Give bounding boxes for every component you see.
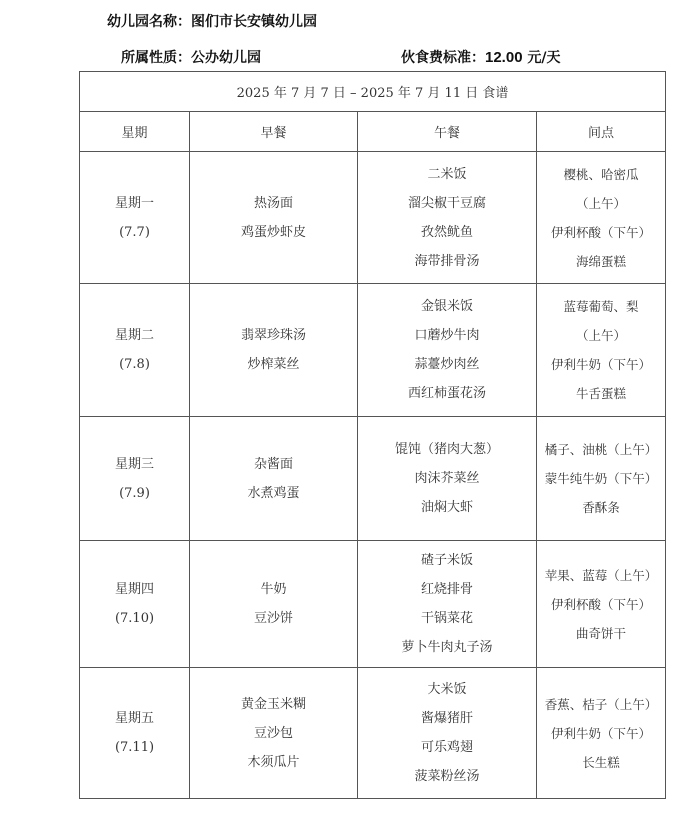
lunch-item: 金银米饭	[358, 292, 536, 321]
snack-item: 香酥条	[537, 493, 665, 522]
weekday-date: (7.10)	[80, 604, 189, 633]
table-row: 星期四 (7.10) 牛奶 豆沙饼 碴子米饭 红烧排骨 干锅菜花 萝卜牛肉丸子汤…	[80, 541, 666, 668]
snack-item: 伊利杯酸（下午）	[537, 590, 665, 619]
weekday-cell: 星期一 (7.7)	[80, 152, 190, 284]
weekday-date: (7.9)	[80, 479, 189, 508]
weekly-menu-table: 2025 年 7 月 7 日 – 2025 年 7 月 11 日 食谱 星期 早…	[79, 71, 666, 799]
column-header-breakfast: 早餐	[190, 112, 358, 152]
table-row: 星期五 (7.11) 黄金玉米糊 豆沙包 木须瓜片 大米饭 酱爆猪肝 可乐鸡翅 …	[80, 668, 666, 799]
weekday-cell: 星期四 (7.10)	[80, 541, 190, 668]
lunch-item: 菠菜粉丝汤	[358, 762, 536, 791]
lunch-item: 蒜薹炒肉丝	[358, 350, 536, 379]
weekday-label: 星期一	[80, 189, 189, 218]
snack-item: 伊利牛奶（下午）	[537, 350, 665, 379]
kindergarten-name-line: 幼儿园名称：图们市长安镇幼儿园	[107, 11, 317, 31]
lunch-item: 红烧排骨	[358, 575, 536, 604]
lunch-item: 海带排骨汤	[358, 247, 536, 276]
breakfast-cell: 黄金玉米糊 豆沙包 木须瓜片	[190, 668, 358, 799]
snack-item: 伊利杯酸（下午）	[537, 218, 665, 247]
weekday-label: 星期二	[80, 321, 189, 350]
meal-fee-amount: 12.00	[485, 49, 523, 66]
breakfast-item: 杂酱面	[190, 450, 357, 479]
lunch-item: 肉沫芥菜丝	[358, 464, 536, 493]
kindergarten-name-value: 图们市长安镇幼儿园	[191, 14, 317, 30]
snack-cell: 苹果、蓝莓（上午） 伊利杯酸（下午） 曲奇饼干	[537, 541, 666, 668]
snack-cell: 樱桃、哈密瓜 （上午） 伊利杯酸（下午） 海绵蛋糕	[537, 152, 666, 284]
kindergarten-nature-line: 所属性质：公办幼儿园	[121, 47, 261, 67]
lunch-item: 馄饨（猪肉大葱）	[358, 435, 536, 464]
weekday-label: 星期五	[80, 704, 189, 733]
column-header-weekday: 星期	[80, 112, 190, 152]
weekday-cell: 星期三 (7.9)	[80, 417, 190, 541]
snack-item: 伊利牛奶（下午）	[537, 719, 665, 748]
column-header-lunch: 午餐	[358, 112, 537, 152]
weekday-label: 星期三	[80, 450, 189, 479]
column-header-row: 星期 早餐 午餐 间点	[80, 112, 666, 152]
lunch-item: 大米饭	[358, 675, 536, 704]
lunch-item: 可乐鸡翅	[358, 733, 536, 762]
nature-label: 所属性质：	[121, 50, 191, 66]
lunch-item: 干锅菜花	[358, 604, 536, 633]
lunch-cell: 二米饭 溜尖椒干豆腐 孜然鱿鱼 海带排骨汤	[358, 152, 537, 284]
snack-cell: 蓝莓葡萄、梨 （上午） 伊利牛奶（下午） 牛舌蛋糕	[537, 284, 666, 417]
lunch-item: 碴子米饭	[358, 546, 536, 575]
menu-title-row: 2025 年 7 月 7 日 – 2025 年 7 月 11 日 食谱	[80, 72, 666, 112]
lunch-item: 萝卜牛肉丸子汤	[358, 633, 536, 662]
lunch-item: 孜然鱿鱼	[358, 218, 536, 247]
snack-item: 长生糕	[537, 748, 665, 777]
snack-item: 蒙牛纯牛奶（下午）	[537, 464, 665, 493]
snack-item: 香蕉、桔子（上午）	[537, 690, 665, 719]
table-row: 星期三 (7.9) 杂酱面 水煮鸡蛋 馄饨（猪肉大葱） 肉沫芥菜丝 油焖大虾 橘…	[80, 417, 666, 541]
lunch-cell: 馄饨（猪肉大葱） 肉沫芥菜丝 油焖大虾	[358, 417, 537, 541]
snack-cell: 橘子、油桃（上午） 蒙牛纯牛奶（下午） 香酥条	[537, 417, 666, 541]
breakfast-item: 豆沙包	[190, 719, 357, 748]
breakfast-item: 水煮鸡蛋	[190, 479, 357, 508]
snack-item: 橘子、油桃（上午）	[537, 435, 665, 464]
breakfast-item: 牛奶	[190, 575, 357, 604]
lunch-cell: 碴子米饭 红烧排骨 干锅菜花 萝卜牛肉丸子汤	[358, 541, 537, 668]
weekday-date: (7.11)	[80, 733, 189, 762]
column-header-snack: 间点	[537, 112, 666, 152]
lunch-item: 油焖大虾	[358, 493, 536, 522]
snack-item: 曲奇饼干	[537, 619, 665, 648]
breakfast-item: 木须瓜片	[190, 748, 357, 777]
snack-item: （上午）	[537, 321, 665, 350]
lunch-cell: 大米饭 酱爆猪肝 可乐鸡翅 菠菜粉丝汤	[358, 668, 537, 799]
weekday-cell: 星期五 (7.11)	[80, 668, 190, 799]
snack-item: （上午）	[537, 189, 665, 218]
breakfast-item: 豆沙饼	[190, 604, 357, 633]
lunch-item: 酱爆猪肝	[358, 704, 536, 733]
weekday-label: 星期四	[80, 575, 189, 604]
kindergarten-name-label: 幼儿园名称：	[107, 14, 191, 30]
weekday-cell: 星期二 (7.8)	[80, 284, 190, 417]
breakfast-item: 黄金玉米糊	[190, 690, 357, 719]
lunch-item: 溜尖椒干豆腐	[358, 189, 536, 218]
table-row: 星期二 (7.8) 翡翠珍珠汤 炒榨菜丝 金银米饭 口蘑炒牛肉 蒜薹炒肉丝 西红…	[80, 284, 666, 417]
table-row: 星期一 (7.7) 热汤面 鸡蛋炒虾皮 二米饭 溜尖椒干豆腐 孜然鱿鱼 海带排骨…	[80, 152, 666, 284]
snack-item: 海绵蛋糕	[537, 247, 665, 276]
breakfast-item: 翡翠珍珠汤	[190, 321, 357, 350]
weekday-date: (7.7)	[80, 218, 189, 247]
weekday-date: (7.8)	[80, 350, 189, 379]
meal-fee-unit: 元/天	[523, 50, 561, 66]
meal-fee-label: 伙食费标准：	[401, 50, 485, 66]
snack-item: 樱桃、哈密瓜	[537, 160, 665, 189]
nature-value: 公办幼儿园	[191, 50, 261, 66]
snack-item: 蓝莓葡萄、梨	[537, 292, 665, 321]
snack-item: 牛舌蛋糕	[537, 379, 665, 408]
breakfast-item: 鸡蛋炒虾皮	[190, 218, 357, 247]
breakfast-item: 炒榨菜丝	[190, 350, 357, 379]
breakfast-cell: 热汤面 鸡蛋炒虾皮	[190, 152, 358, 284]
breakfast-item: 热汤面	[190, 189, 357, 218]
lunch-item: 二米饭	[358, 160, 536, 189]
snack-item: 苹果、蓝莓（上午）	[537, 561, 665, 590]
snack-cell: 香蕉、桔子（上午） 伊利牛奶（下午） 长生糕	[537, 668, 666, 799]
breakfast-cell: 牛奶 豆沙饼	[190, 541, 358, 668]
lunch-item: 西红柿蛋花汤	[358, 379, 536, 408]
breakfast-cell: 杂酱面 水煮鸡蛋	[190, 417, 358, 541]
lunch-item: 口蘑炒牛肉	[358, 321, 536, 350]
breakfast-cell: 翡翠珍珠汤 炒榨菜丝	[190, 284, 358, 417]
menu-title: 2025 年 7 月 7 日 – 2025 年 7 月 11 日 食谱	[80, 72, 666, 112]
meal-fee-line: 伙食费标准：12.00 元/天	[401, 47, 561, 67]
lunch-cell: 金银米饭 口蘑炒牛肉 蒜薹炒肉丝 西红柿蛋花汤	[358, 284, 537, 417]
